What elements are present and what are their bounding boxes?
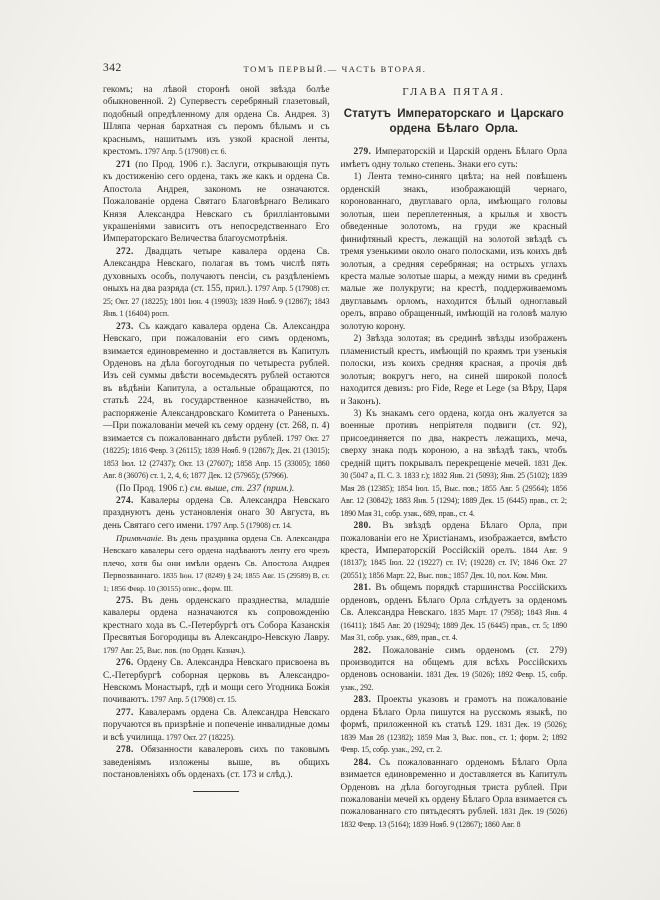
article-number: 272.: [116, 247, 145, 257]
article-272: 272. Двадцать четыре кавалера ордена Св.…: [103, 246, 330, 321]
article-number: 284.: [354, 758, 379, 768]
article-278: 278. Обязанности кавалеровъ сихъ по тако…: [103, 744, 330, 781]
article-number: 273.: [116, 322, 139, 332]
article-276: 276. Ордену Св. Александра Невскаго прис…: [103, 657, 330, 707]
article-281: 281. Въ общемъ порядкѣ старшинства Россі…: [341, 582, 568, 644]
running-head: 342 ТОМЪ ПЕРВЫЙ.— ЧАСТЬ ВТОРАЯ.: [103, 62, 567, 78]
chapter-heading: ГЛАВА ПЯТАЯ.: [341, 86, 568, 98]
left-paragraph-4: (По Прод. 1906 г.) см. выше, ст. 237 (пр…: [103, 483, 330, 495]
left-paragraph-0: гекомъ; на лѣвой сторонѣ оной звѣзда бол…: [103, 84, 330, 159]
section-end-rule: [193, 791, 239, 792]
paragraph-text: (по Прод. 1906 г.). Заслуги, открывающія…: [103, 160, 330, 245]
article-274: 274. Кавалеры ордена Св. Александра Невс…: [103, 495, 330, 532]
article-number: 281.: [354, 583, 376, 593]
article-283: 283. Проекты указовъ и грамотъ на пожало…: [341, 694, 568, 756]
article-280: 280. Въ звѣздѣ ордена Бѣлаго Орла, при п…: [341, 520, 568, 582]
paragraph-text: 2) Звѣзда золотая; въ срединѣ звѣзды изо…: [341, 334, 568, 406]
article-273: 273. Съ каждаго кавалера ордена Св. Алек…: [103, 321, 330, 483]
note-lead: Примѣчаніе.: [116, 533, 164, 543]
article-282: 282. Пожалованіе симъ орденомъ (ст. 279)…: [341, 645, 568, 695]
article-number: 276.: [116, 658, 137, 668]
article-284: 284. Съ пожалованнаго орденомъ Бѣлаго Ор…: [341, 757, 568, 832]
paragraph-text: 1) Лента темно-синяго цвѣта; на ней повѣ…: [341, 172, 568, 331]
citation-text: 1797 Окт. 27 (18225).: [164, 733, 235, 742]
right-paragraph-3: 3) Къ знакамъ сего ордена, когда онъ жал…: [341, 408, 568, 520]
article-number: 282.: [354, 646, 383, 656]
two-column-text-block: гекомъ; на лѣвой сторонѣ оной звѣзда бол…: [103, 84, 567, 831]
article-number: 271: [116, 160, 135, 170]
left-paragraph-6: Примѣчаніе. Въ день праздника ордена Св.…: [103, 532, 330, 594]
article-number: 277.: [116, 708, 139, 718]
article-277: 277. Кавалерамъ ордена Св. Александра Не…: [103, 707, 330, 744]
left-column: гекомъ; на лѣвой сторонѣ оной звѣзда бол…: [103, 84, 330, 831]
citation-text: 1797 Авг. 25, Выс. пов. (по Орден. Казна…: [103, 646, 245, 655]
right-paragraph-1: 1) Лента темно-синяго цвѣта; на ней повѣ…: [341, 171, 568, 333]
article-number: 283.: [354, 695, 378, 705]
right-paragraph-2: 2) Звѣзда золотая; въ срединѣ звѣзды изо…: [341, 333, 568, 408]
article-number: 280.: [354, 521, 383, 531]
paragraph-text: (По Прод. 1906 г.): [116, 484, 190, 494]
article-number: 274.: [116, 496, 141, 506]
article-275: 275. Въ день орденскаго празднества, мла…: [103, 595, 330, 657]
paragraph-text: Императорскій и Царскій орденъ Бѣлаго Ор…: [341, 147, 568, 169]
book-page-scan: 342 ТОМЪ ПЕРВЫЙ.— ЧАСТЬ ВТОРАЯ. гекомъ; …: [0, 0, 660, 900]
citation-text: 1797 Апр. 5 (17908) ст. 15.: [149, 695, 237, 704]
citation-text: 1797 Апр. 5 (17908) ст. 14.: [204, 521, 292, 530]
paragraph-italic-tail: см. выше, ст. 237 (прим.).: [190, 484, 294, 494]
article-271: 271 (по Прод. 1906 г.). Заслуги, открыва…: [103, 159, 330, 246]
article-number: 279.: [354, 147, 376, 157]
article-number: 275.: [116, 596, 141, 606]
running-header-title: ТОМЪ ПЕРВЫЙ.— ЧАСТЬ ВТОРАЯ.: [103, 64, 567, 74]
citation-text: 1797 Апр. 5 (17908) ст. 6.: [142, 147, 226, 156]
article-number: 278.: [116, 745, 140, 755]
right-column-paragraphs: 279. Императорскій и Царскій орденъ Бѣла…: [341, 146, 568, 831]
section-title: Статутъ Императорскаго и Царскаго ордена…: [341, 107, 568, 136]
paragraph-text: Съ каждаго кавалера ордена Св. Александр…: [103, 322, 330, 444]
right-column: ГЛАВА ПЯТАЯ. Статутъ Императорскаго и Ца…: [341, 84, 568, 831]
article-279: 279. Императорскій и Царскій орденъ Бѣла…: [341, 146, 568, 171]
